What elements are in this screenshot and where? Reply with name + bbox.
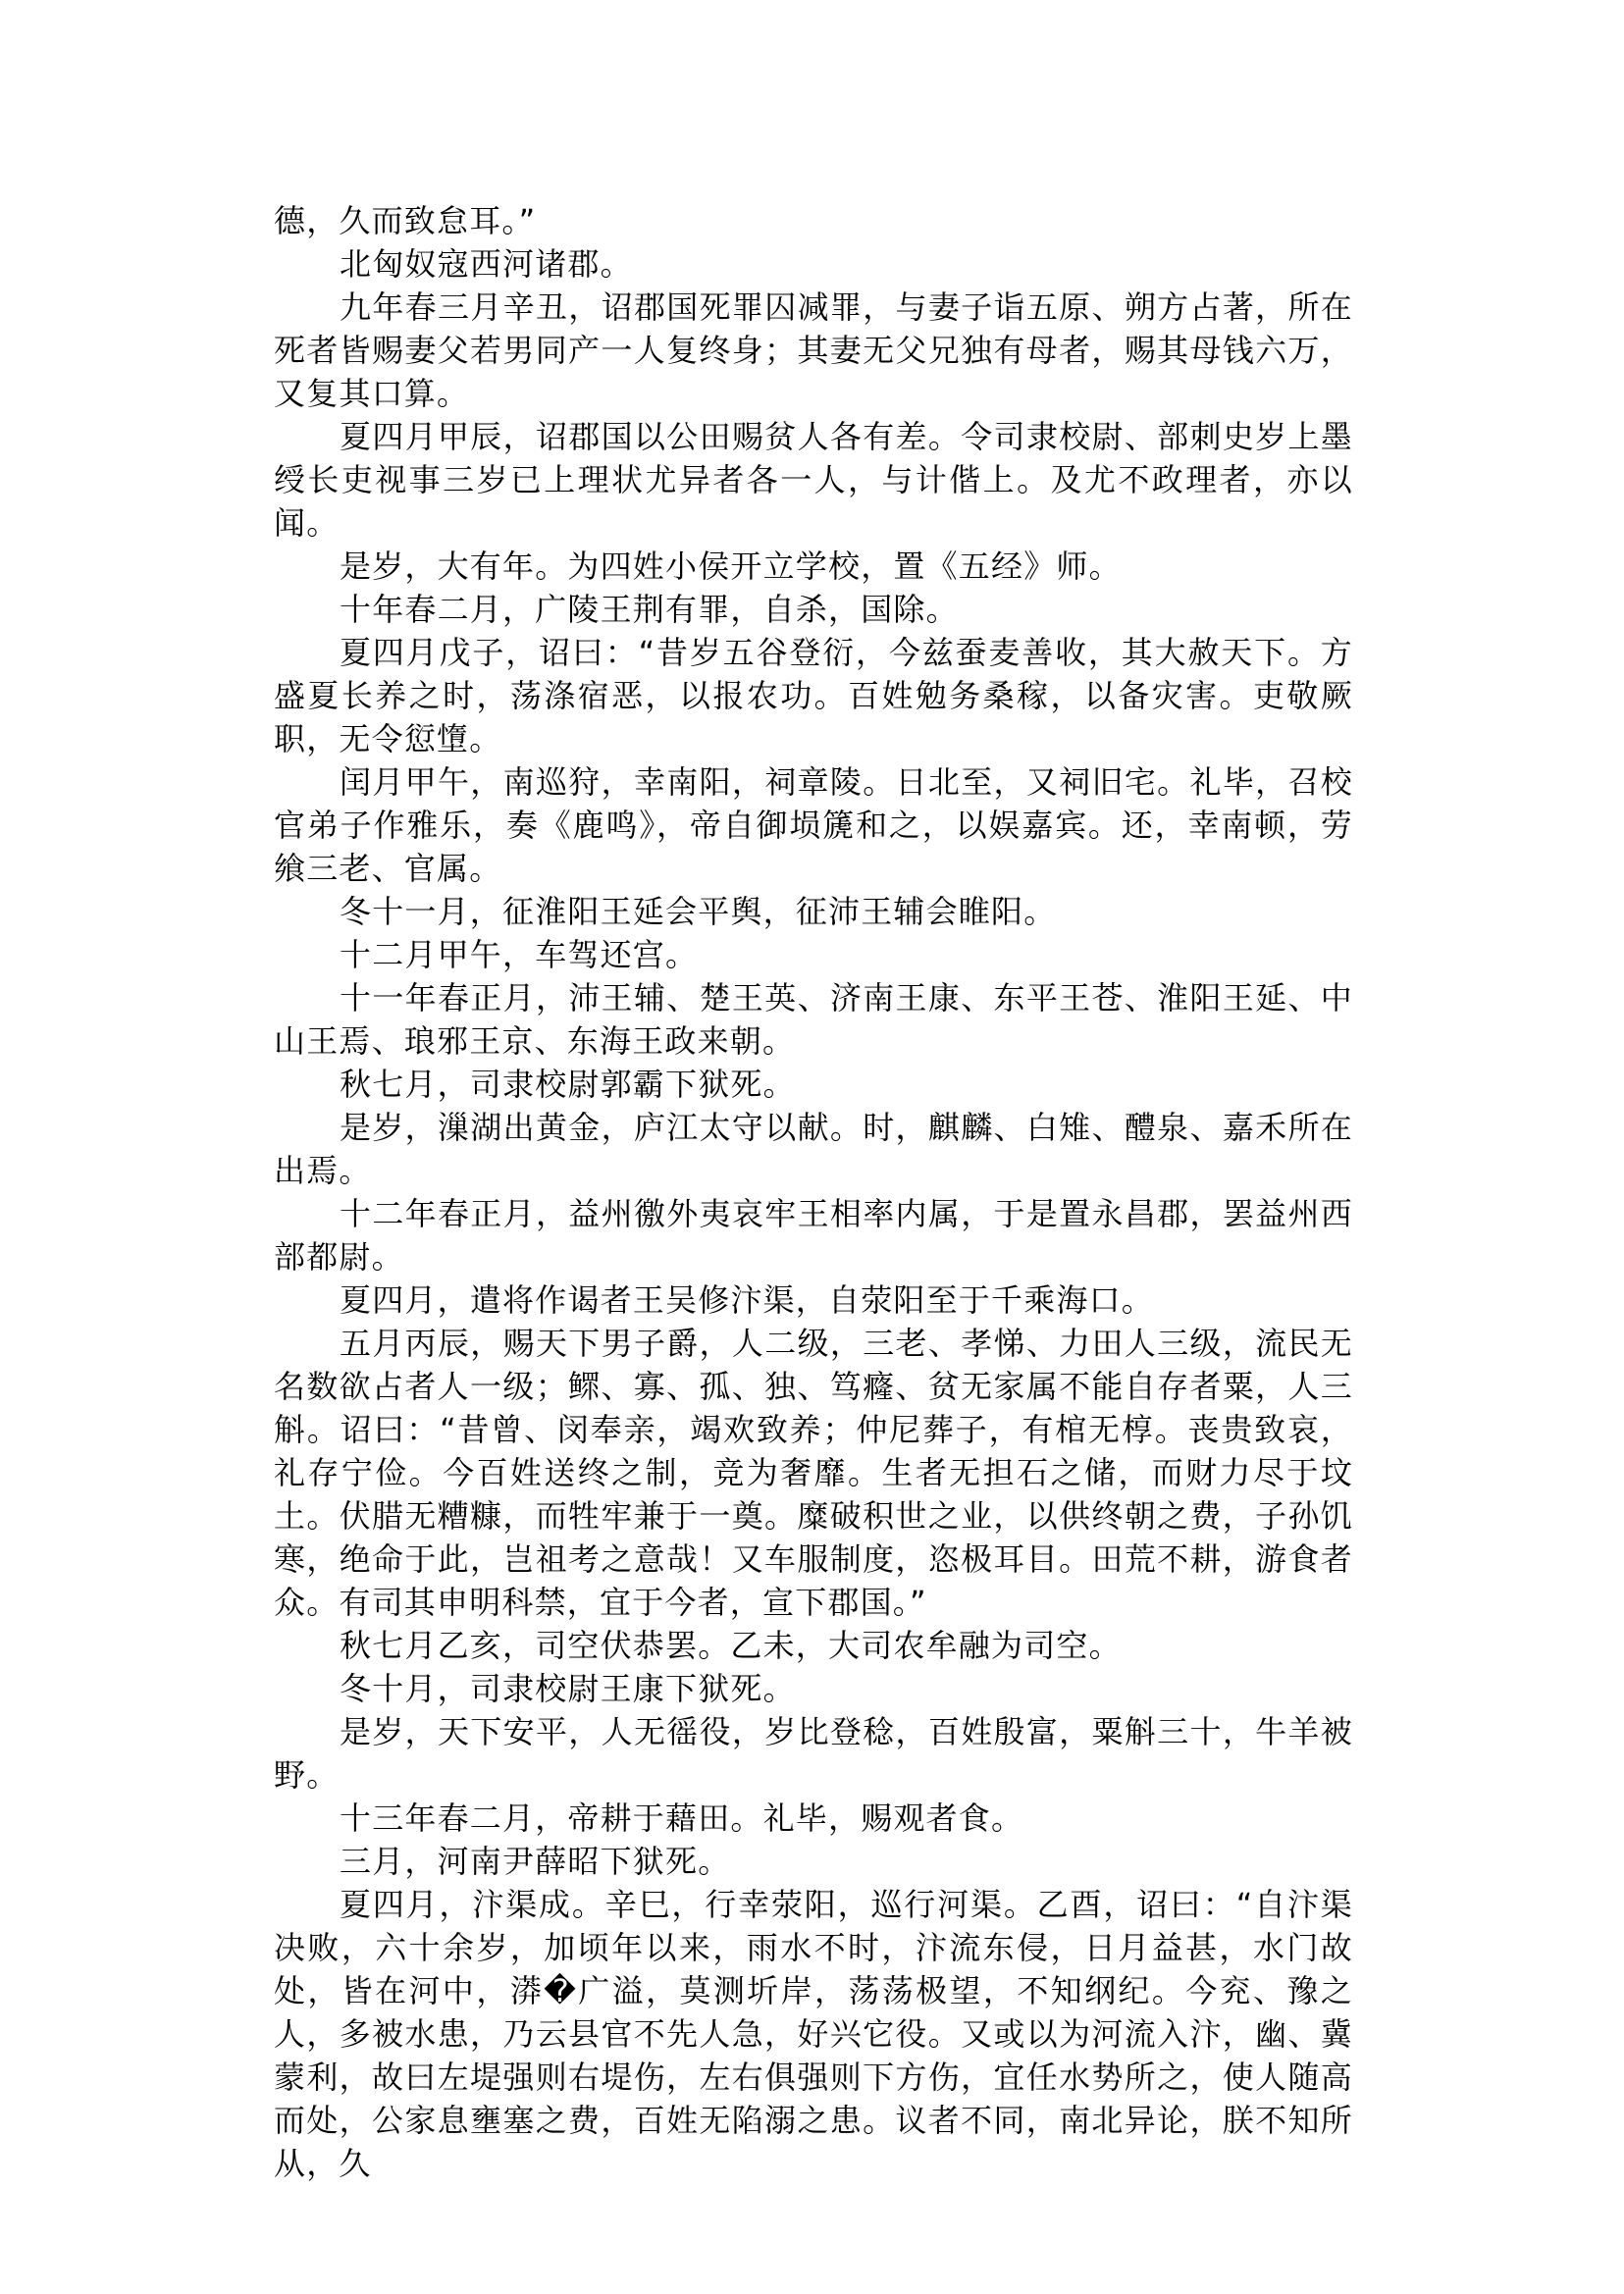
paragraph: 十三年春二月，帝耕于藉田。礼毕，赐观者食。 bbox=[274, 1797, 1353, 1840]
paragraph: 十一年春正月，沛王辅、楚王英、济南王康、东平王苍、淮阳王延、中山王焉、琅邪王京、… bbox=[274, 976, 1353, 1063]
paragraph: 是岁，天下安平，人无徭役，岁比登稔，百姓殷富，粟斛三十，牛羊被野。 bbox=[274, 1710, 1353, 1797]
paragraph: 冬十月，司隶校尉王康下狱死。 bbox=[274, 1667, 1353, 1710]
paragraph: 闰月甲午，南巡狩，幸南阳，祠章陵。日北至，又祠旧宅。礼毕，召校官弟子作雅乐，奏《… bbox=[274, 760, 1353, 890]
paragraph: 十二年春正月，益州徼外夷哀牢王相率内属，于是置永昌郡，罢益州西部都尉。 bbox=[274, 1192, 1353, 1278]
paragraph: 夏四月戊子，诏曰：“昔岁五谷登衍，今兹蚕麦善收，其大赦天下。方盛夏长养之时，荡涤… bbox=[274, 631, 1353, 760]
paragraph: 夏四月，遣将作谒者王吴修汴渠，自荥阳至于千乘海口。 bbox=[274, 1278, 1353, 1322]
paragraph: 十二月甲午，车驾还宫。 bbox=[274, 933, 1353, 976]
paragraph: 三月，河南尹薛昭下狱死。 bbox=[274, 1840, 1353, 1883]
paragraph: 是岁，漅湖出黄金，庐江太守以献。时，麒麟、白雉、醴泉、嘉禾所在出焉。 bbox=[274, 1106, 1353, 1192]
paragraph: 秋七月，司隶校尉郭霸下狱死。 bbox=[274, 1063, 1353, 1106]
paragraph-continuation: 德，久而致怠耳。” bbox=[274, 199, 1353, 242]
paragraph: 夏四月，汴渠成。辛巳，行幸荥阳，巡行河渠。乙酉，诏曰：“自汴渠决败，六十余岁，加… bbox=[274, 1883, 1353, 2185]
paragraph: 秋七月乙亥，司空伏恭罢。乙未，大司农牟融为司空。 bbox=[274, 1624, 1353, 1667]
paragraph: 是岁，大有年。为四姓小侯开立学校，置《五经》师。 bbox=[274, 545, 1353, 588]
paragraph: 冬十一月，征淮阳王延会平舆，征沛王辅会睢阳。 bbox=[274, 890, 1353, 933]
paragraph: 五月丙辰，赐天下男子爵，人二级，三老、孝悌、力田人三级，流民无名数欲占者人一级；… bbox=[274, 1322, 1353, 1624]
paragraph: 北匈奴寇西河诸郡。 bbox=[274, 242, 1353, 286]
document-page: 德，久而致怠耳。” 北匈奴寇西河诸郡。 九年春三月辛丑，诏郡国死罪囚减罪，与妻子… bbox=[274, 199, 1353, 2185]
paragraph: 九年春三月辛丑，诏郡国死罪囚减罪，与妻子诣五原、朔方占著，所在死者皆赐妻父若男同… bbox=[274, 286, 1353, 415]
paragraph: 夏四月甲辰，诏郡国以公田赐贫人各有差。令司隶校尉、部刺史岁上墨绶长吏视事三岁已上… bbox=[274, 415, 1353, 545]
paragraph: 十年春二月，广陵王荆有罪，自杀，国除。 bbox=[274, 588, 1353, 631]
